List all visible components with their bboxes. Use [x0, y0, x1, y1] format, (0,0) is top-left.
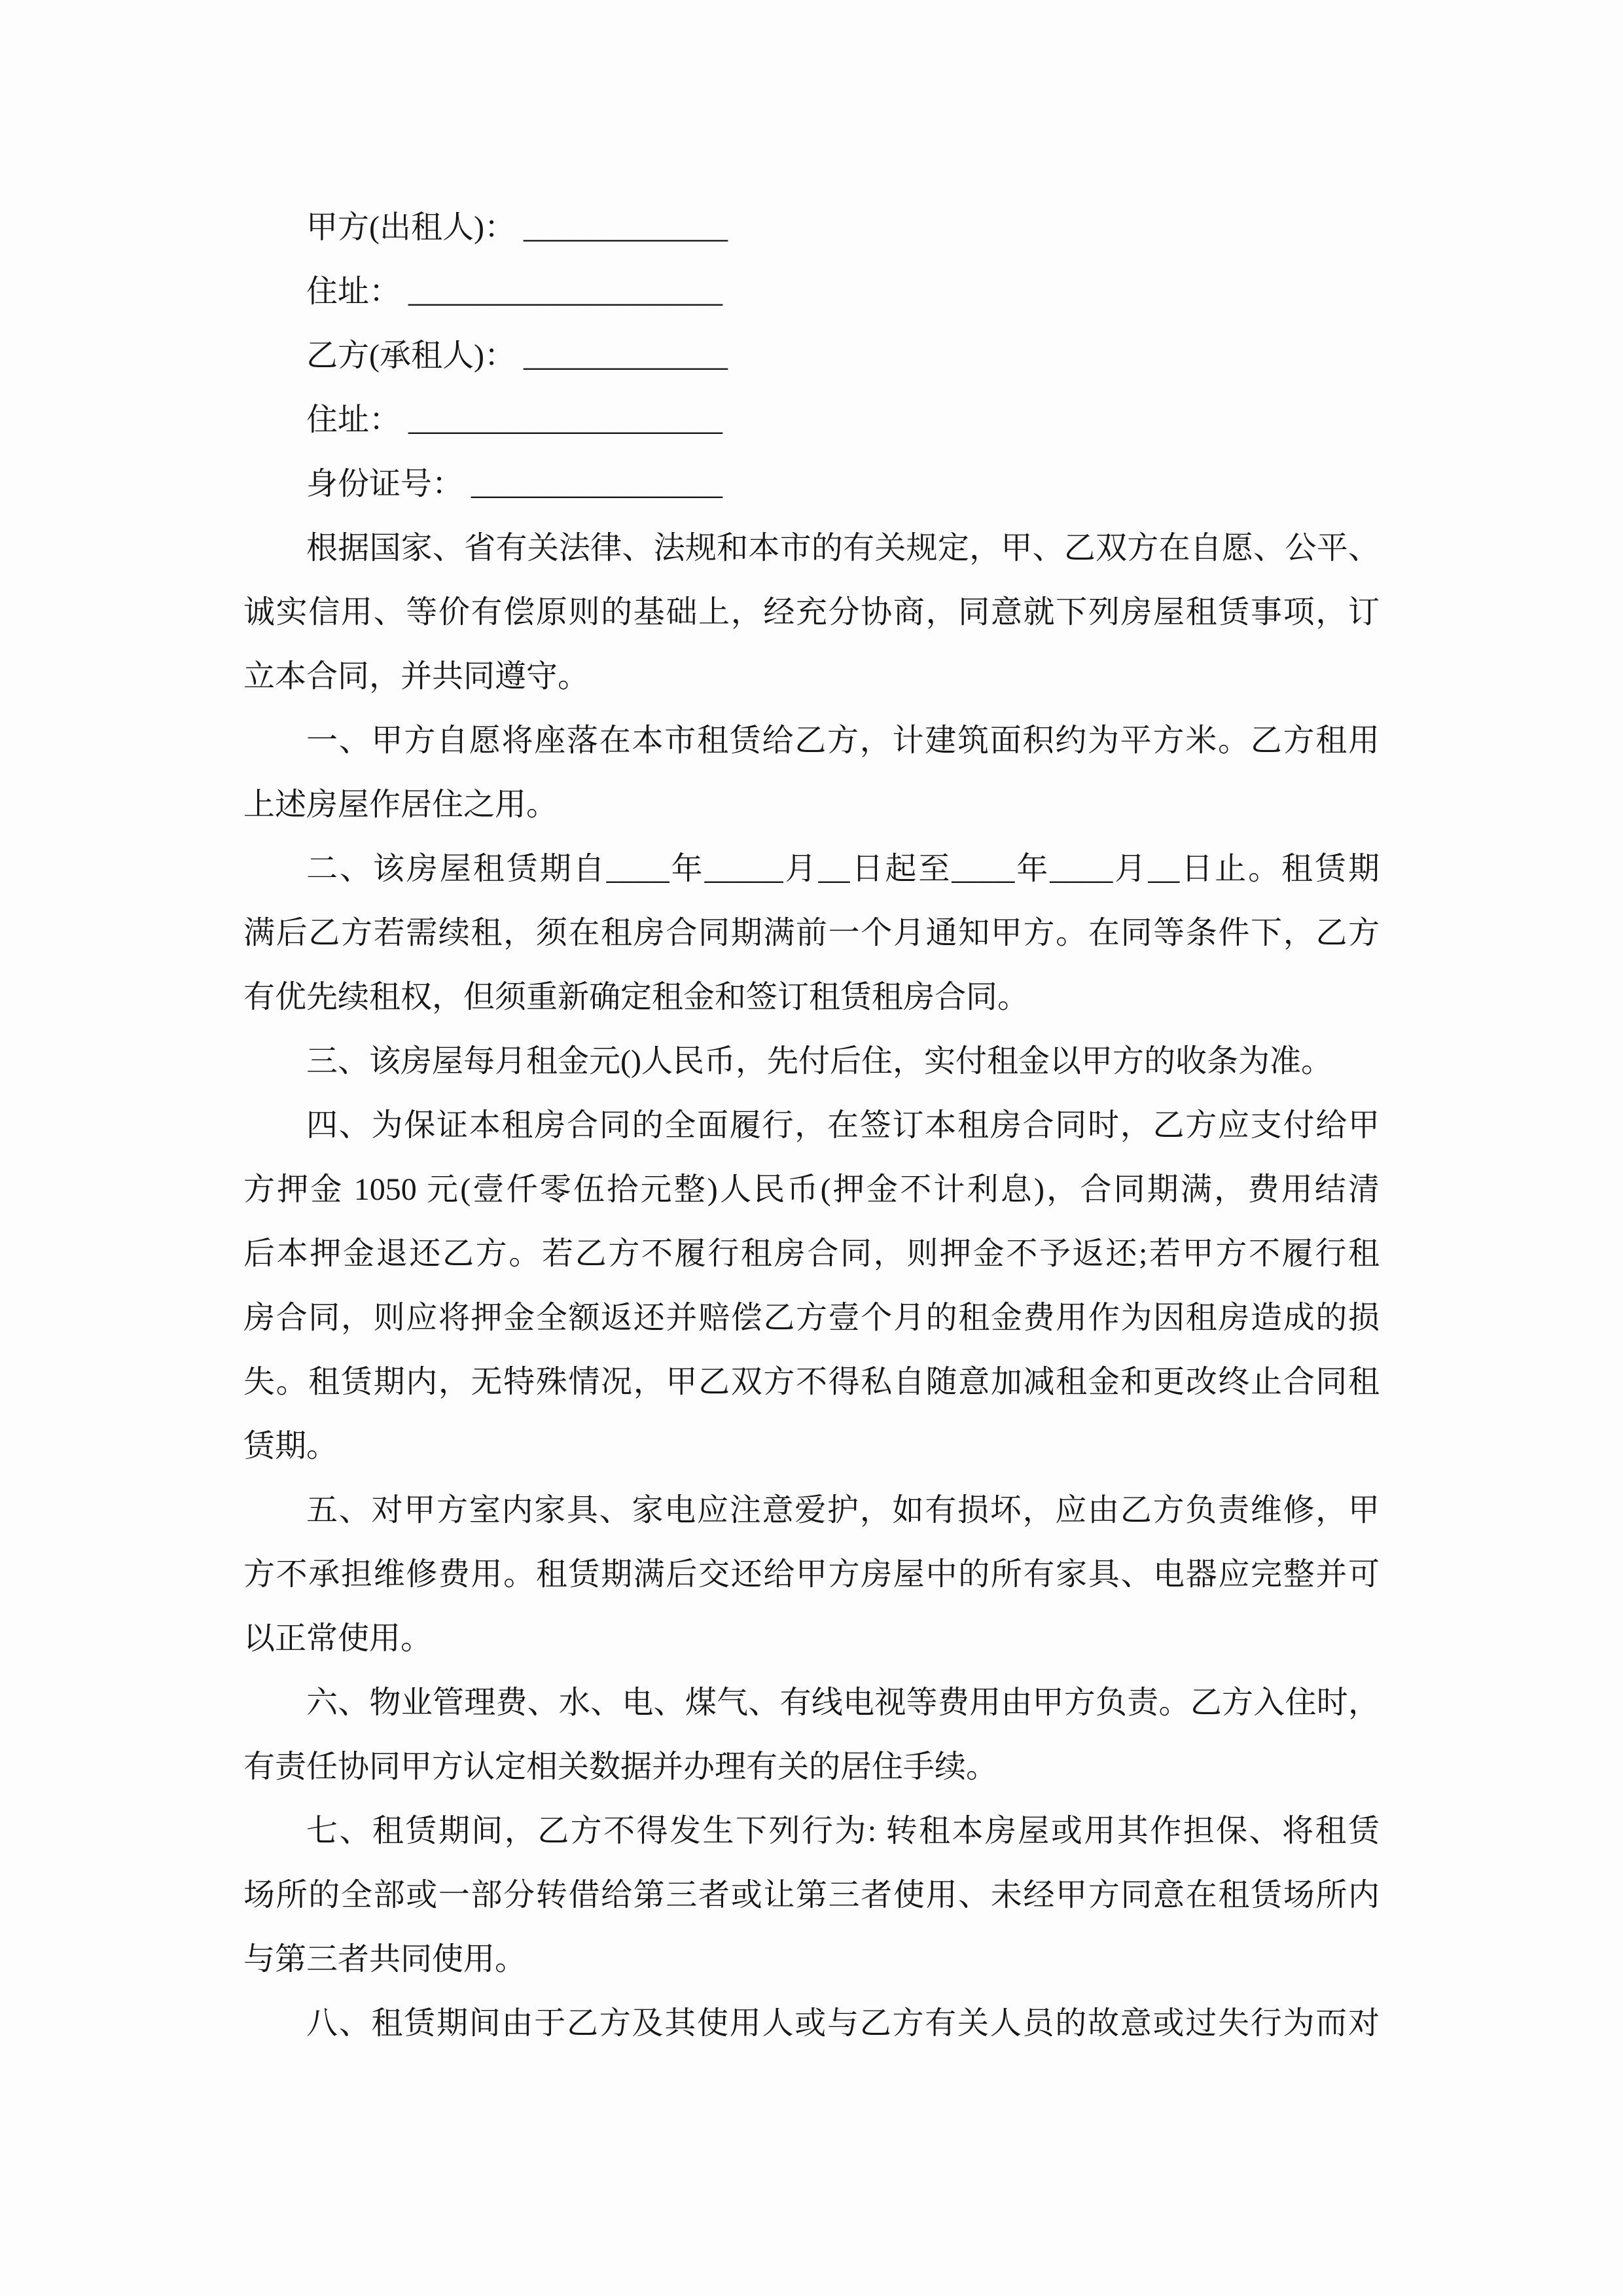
field-party-b-address-line: 住址： ____________________ — [243, 388, 1380, 452]
preamble-line-1: 根据国家、省有关法律、法规和本市的有关规定，甲、乙双方在自愿、公平、 — [243, 516, 1380, 581]
clause-7-line-1: 七、租赁期间，乙方不得发生下列行为: 转租本房屋或用其作担保、将租赁 — [243, 1799, 1380, 1863]
contract-body: 甲方(出租人)： _____________ 住址： _____________… — [243, 196, 1380, 2056]
clause-4-line-3: 后本押金退还乙方。若乙方不履行租房合同，则押金不予返还;若甲方不履行租 — [243, 1222, 1380, 1286]
clause-8-line-1: 八、租赁期间由于乙方及其使用人或与乙方有关人员的故意或过失行为而对 — [243, 1992, 1380, 2056]
clause-2-line-2: 满后乙方若需续租，须在租房合同期满前一个月通知甲方。在同等条件下，乙方 — [243, 901, 1380, 965]
field-party-a-address-line: 住址： ____________________ — [243, 260, 1380, 324]
clause-2-line-1: 二、该房屋租赁期自____年_____月__日起至____年____月__日止。… — [243, 837, 1380, 901]
clause-5-line-1: 五、对甲方室内家具、家电应注意爱护，如有损坏，应由乙方负责维修，甲 — [243, 1479, 1380, 1543]
preamble-line-2: 诚实信用、等价有偿原则的基础上，经充分协商，同意就下列房屋租赁事项，订 — [243, 581, 1380, 645]
clause-6-line-2: 有责任协同甲方认定相关数据并办理有关的居住手续。 — [243, 1735, 1380, 1799]
clause-4-line-1: 四、为保证本租房合同的全面履行，在签订本租房合同时，乙方应支付给甲 — [243, 1094, 1380, 1158]
clause-2-line-3: 有优先续租权，但须重新确定租金和签订租赁租房合同。 — [243, 965, 1380, 1030]
field-party-a-line: 甲方(出租人)： _____________ — [243, 196, 1380, 260]
clause-4-line-5: 失。租赁期内，无特殊情况，甲乙双方不得私自随意加减租金和更改终止合同租 — [243, 1350, 1380, 1414]
clause-7-line-2: 场所的全部或一部分转借给第三者或让第三者使用、未经甲方同意在租赁场所内 — [243, 1863, 1380, 1928]
clause-7-line-3: 与第三者共同使用。 — [243, 1928, 1380, 1992]
document-page: 甲方(出租人)： _____________ 住址： _____________… — [0, 0, 1623, 2296]
clause-6-line-1: 六、物业管理费、水、电、煤气、有线电视等费用由甲方负责。乙方入住时， — [243, 1671, 1380, 1735]
field-party-b-line: 乙方(承租人)： _____________ — [243, 324, 1380, 388]
clause-1-line-2: 上述房屋作居住之用。 — [243, 773, 1380, 837]
clause-5-line-2: 方不承担维修费用。租赁期满后交还给甲方房屋中的所有家具、电器应完整并可 — [243, 1543, 1380, 1607]
clause-3-line-1: 三、该房屋每月租金元()人民币，先付后住，实付租金以甲方的收条为准。 — [243, 1030, 1380, 1094]
clause-4-line-6: 赁期。 — [243, 1414, 1380, 1479]
clause-4-line-4: 房合同，则应将押金全额返还并赔偿乙方壹个月的租金费用作为因租房造成的损 — [243, 1286, 1380, 1350]
preamble-line-3: 立本合同，并共同遵守。 — [243, 645, 1380, 709]
clause-5-line-3: 以正常使用。 — [243, 1607, 1380, 1671]
clause-1-line-1: 一、甲方自愿将座落在本市租赁给乙方，计建筑面积约为平方米。乙方租用 — [243, 709, 1380, 773]
field-id-number-line: 身份证号： ________________ — [243, 452, 1380, 516]
clause-4-line-2: 方押金 1050 元(壹仟零伍拾元整)人民币(押金不计利息)，合同期满，费用结清 — [243, 1158, 1380, 1222]
